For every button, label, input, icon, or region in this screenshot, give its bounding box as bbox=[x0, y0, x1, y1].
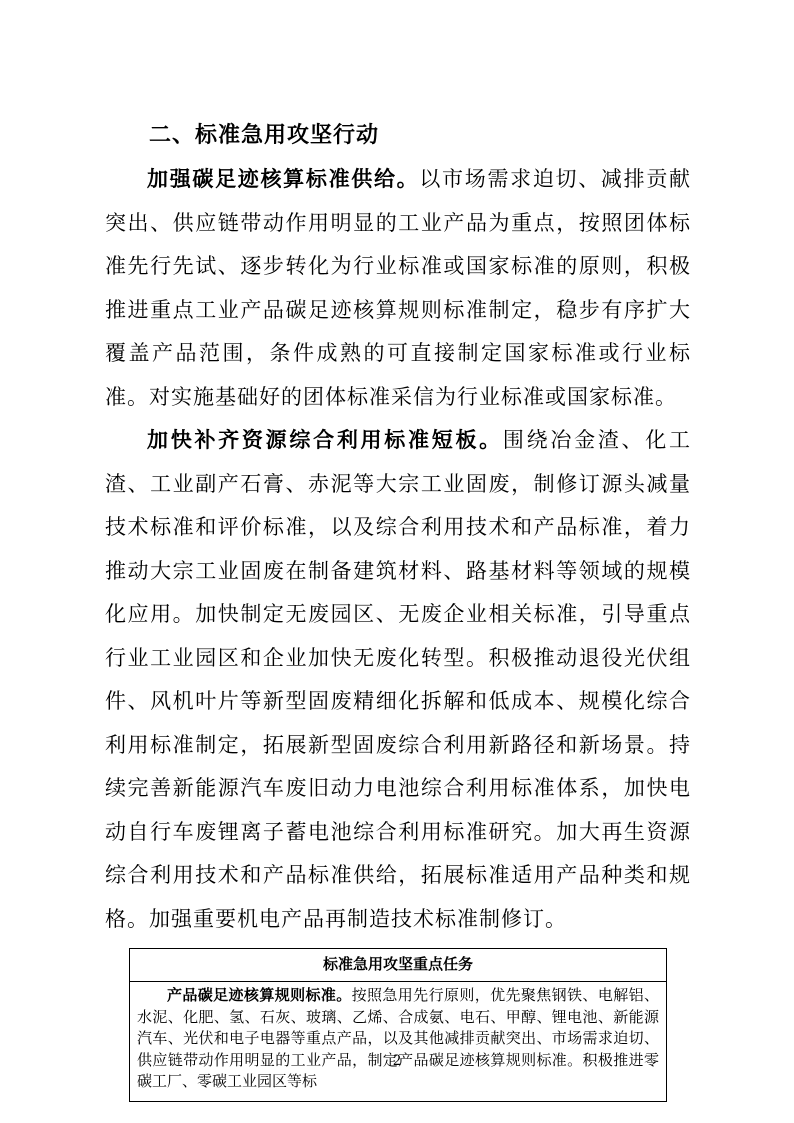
key-tasks-table-title: 标准急用攻坚重点任务 bbox=[130, 949, 666, 982]
page-content: 二、标准急用攻坚行动 加强碳足迹核算标准供给。以市场需求迫切、减排贡献突出、供应… bbox=[105, 118, 691, 1102]
paragraph-body: 以市场需求迫切、减排贡献突出、供应链带动作用明显的工业产品为重点，按照团体标准先… bbox=[105, 167, 691, 409]
section-heading: 二、标准急用攻坚行动 bbox=[105, 118, 691, 152]
key-tasks-table: 标准急用攻坚重点任务 产品碳足迹核算规则标准。按照急用先行原则，优先聚焦钢铁、电… bbox=[129, 948, 667, 1102]
paragraph-resource-utilization: 加快补齐资源综合利用标准短板。围绕冶金渣、化工渣、工业副产石膏、赤泥等大宗工业固… bbox=[105, 419, 691, 941]
paragraph-carbon-footprint: 加强碳足迹核算标准供给。以市场需求迫切、减排贡献突出、供应链带动作用明显的工业产… bbox=[105, 158, 691, 419]
paragraph-lead: 加强碳足迹核算标准供给。 bbox=[147, 167, 419, 191]
paragraph-body: 围绕冶金渣、化工渣、工业副产石膏、赤泥等大宗工业固废，制修订源头减量技术标准和评… bbox=[105, 428, 691, 931]
document-page: 二、标准急用攻坚行动 加强碳足迹核算标准供给。以市场需求迫切、减排贡献突出、供应… bbox=[0, 0, 794, 1123]
task-cell-lead: 产品碳足迹核算规则标准。 bbox=[167, 988, 352, 1004]
key-tasks-table-cell: 产品碳足迹核算规则标准。按照急用先行原则，优先聚焦钢铁、电解铝、水泥、化肥、氢、… bbox=[130, 982, 666, 1101]
page-number: 2 bbox=[0, 1050, 794, 1072]
paragraph-lead: 加快补齐资源综合利用标准短板。 bbox=[147, 428, 503, 452]
